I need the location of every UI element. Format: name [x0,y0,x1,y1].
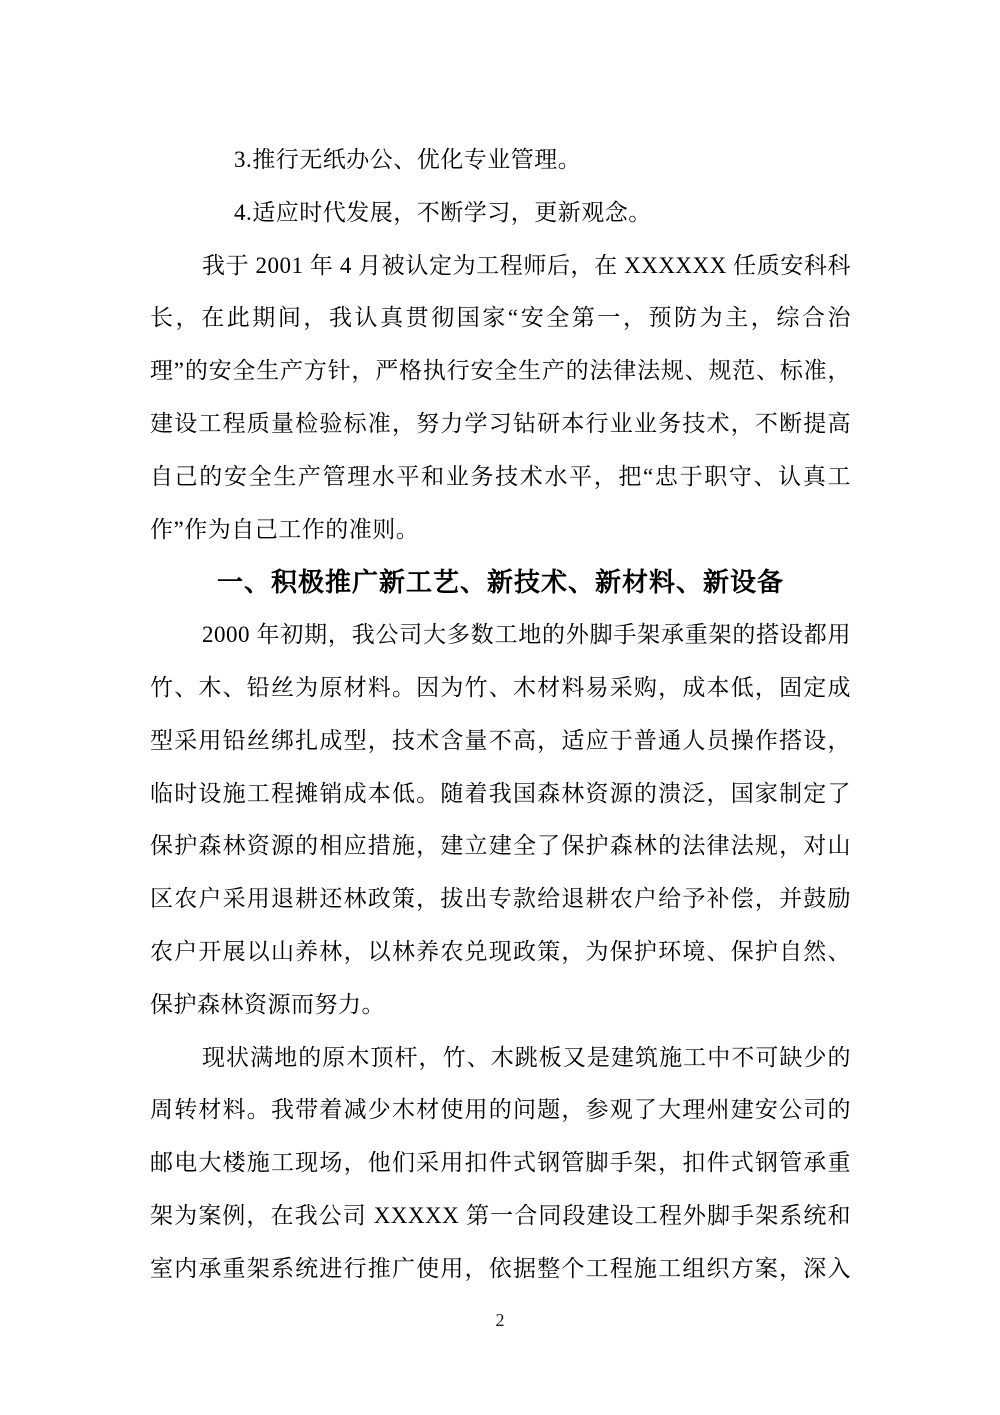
text-line: 我于 2001 年 4 月被认定为工程师后，在 XXXXXX 任质安科科 [150,240,851,293]
page-number: 2 [0,1305,1000,1335]
text-line: 临时设施工程摊销成本低。随着我国森林资源的溃泛，国家制定了 [150,768,851,821]
document-page: 3.推行无纸办公、优化专业管理。4.适应时代发展，不断学习，更新观念。我于 20… [0,0,1000,1415]
text-line: 现状满地的原木顶杆，竹、木跳板又是建筑施工中不可缺少的 [150,1032,851,1085]
text-line: 自己的安全生产管理水平和业务技术水平，把“忠于职守、认真工 [150,451,851,504]
text-line: 保护森林资源的相应措施，建立建全了保护森林的法律法规，对山 [150,820,851,873]
text-line: 架为案例，在我公司 XXXXX 第一合同段建设工程外脚手架系统和 [150,1190,851,1243]
text-line: 理”的安全生产方针，严格执行安全生产的法律法规、规范、标准， [150,345,851,398]
text-line: 邮电大楼施工现场，他们采用扣件式钢管脚手架，扣件式钢管承重 [150,1137,851,1190]
text-line: 4.适应时代发展，不断学习，更新观念。 [150,187,851,240]
section-heading: 一、积极推广新工艺、新技术、新材料、新设备 [150,556,851,609]
text-line: 2000 年初期，我公司大多数工地的外脚手架承重架的搭设都用 [150,609,851,662]
text-line: 周转材料。我带着减少木材使用的问题，参观了大理州建安公司的 [150,1084,851,1137]
text-line: 区农户采用退耕还林政策，拔出专款给退耕农户给予补偿，并鼓励 [150,873,851,926]
text-line: 室内承重架系统进行推广使用，依据整个工程施工组织方案，深入 [150,1243,851,1296]
text-line: 作”作为自己工作的准则。 [150,504,851,557]
text-line: 竹、木、铅丝为原材料。因为竹、木材料易采购，成本低，固定成 [150,662,851,715]
text-line: 3.推行无纸办公、优化专业管理。 [150,134,851,187]
text-line: 建设工程质量检验标准，努力学习钻研本行业业务技术，不断提高 [150,398,851,451]
text-line: 保护森林资源而努力。 [150,979,851,1032]
text-line: 农户开展以山养林，以林养农兑现政策，为保护环境、保护自然、 [150,926,851,979]
text-line: 长，在此期间，我认真贯彻国家“安全第一，预防为主，综合治 [150,292,851,345]
document-body: 3.推行无纸办公、优化专业管理。4.适应时代发展，不断学习，更新观念。我于 20… [150,134,851,1296]
text-line: 型采用铅丝绑扎成型，技术含量不高，适应于普通人员操作搭设， [150,715,851,768]
